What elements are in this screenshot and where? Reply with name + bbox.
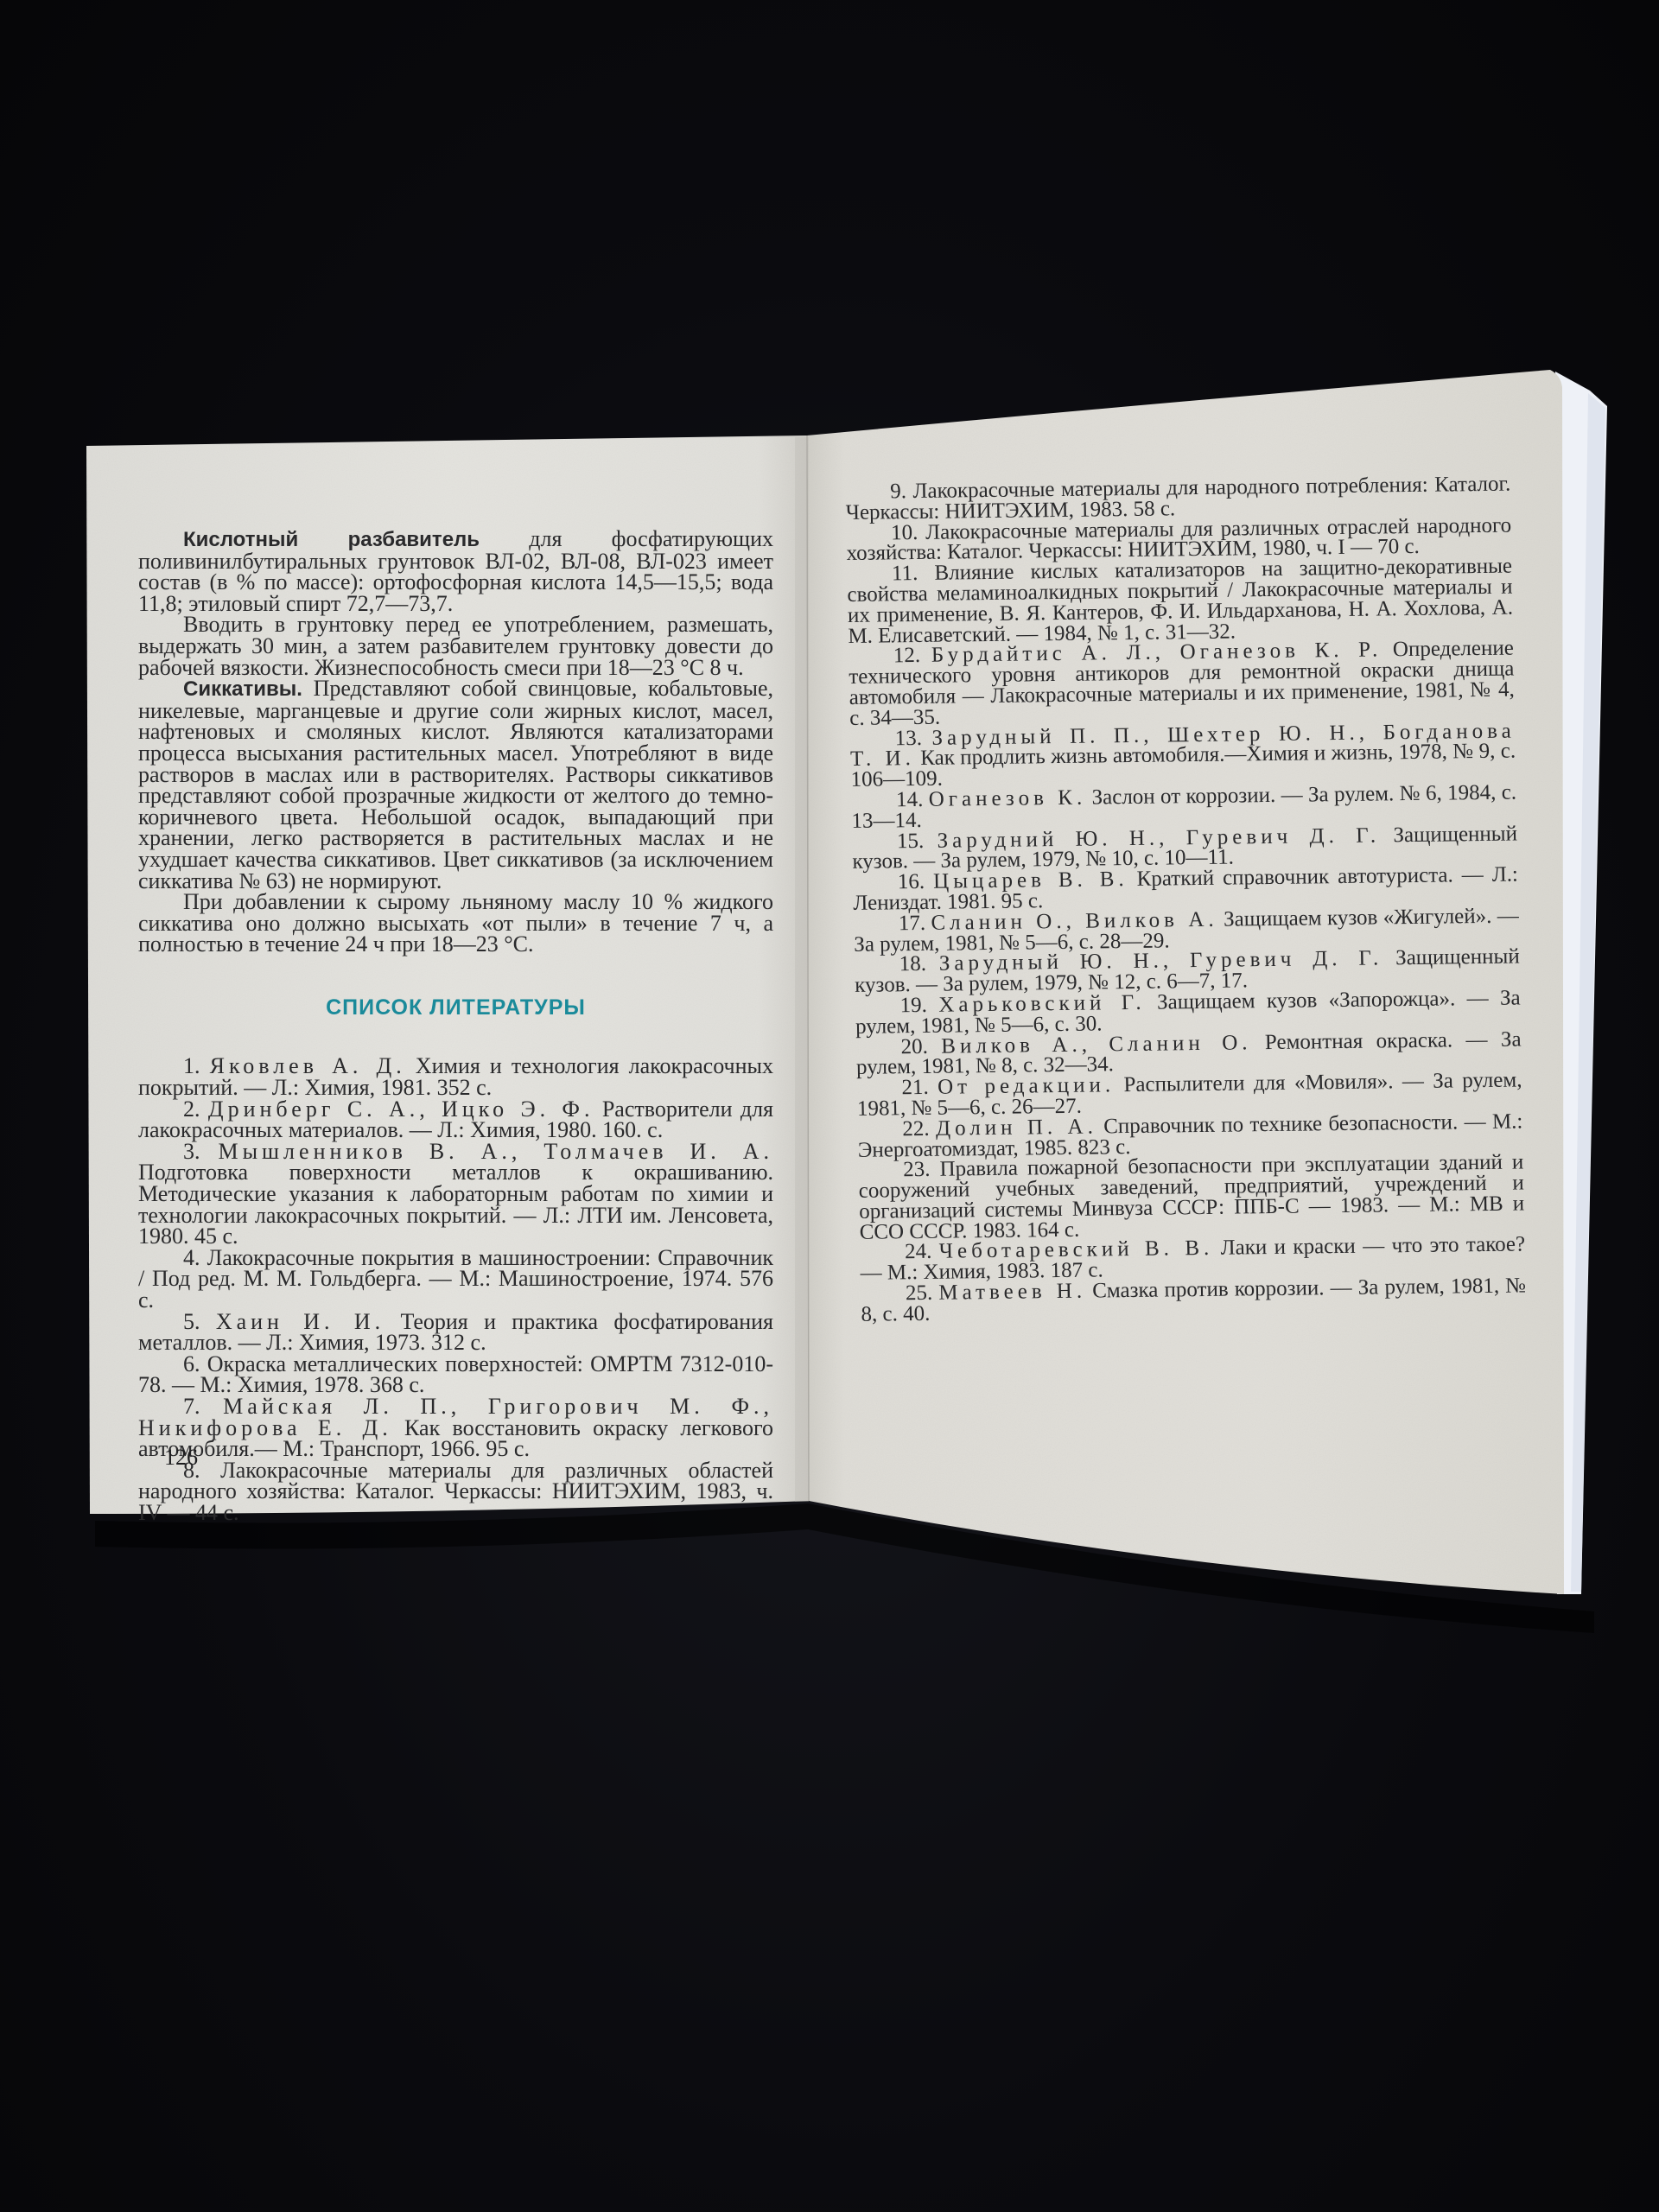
paragraph-usage: Вводить в грунтовку перед ее употреблени… — [138, 614, 773, 678]
open-book: Кислотный разбавитель для фосфатирующих … — [0, 0, 1659, 2212]
reference-item: 13. Зарудный П. П., Шехтер Ю. Н., Богдан… — [849, 721, 1516, 791]
reference-item: 23. Правила пожарной безопасности при эк… — [858, 1153, 1525, 1243]
reference-item: 3. Мышленников В. А., Толмачев И. А. Под… — [138, 1141, 773, 1248]
reference-item: 2. Дринберг С. А., Ицко Э. Ф. Растворите… — [138, 1099, 773, 1141]
reference-item: 5. Хаин И. И. Теория и практика фосфатир… — [138, 1312, 773, 1354]
paragraph-acid-thinner: Кислотный разбавитель для фосфатирующих … — [138, 529, 773, 614]
bibliography-heading: СПИСОК ЛИТЕРАТУРЫ — [138, 997, 773, 1019]
reference-item: 12. Бурдайтис А. Л., Оганезов К. Р. Опре… — [849, 639, 1516, 729]
left-page-text: Кислотный разбавитель для фосфатирующих … — [138, 529, 773, 1524]
reference-item: 25. Матвеев Н. Смазка против коррозии. —… — [861, 1275, 1527, 1325]
reference-item: 6. Окраска металлических поверхностей: О… — [138, 1354, 773, 1396]
reference-item: 7. Майская Л. П., Григорович М. Ф., Ники… — [138, 1396, 773, 1460]
reference-item: 4. Лакокрасочные покрытия в машиностроен… — [138, 1248, 773, 1312]
paragraph-siccatives: Сиккативы. Представляют собой свинцовые,… — [138, 678, 773, 892]
reference-list-left: 1. Яковлев А. Д. Химия и технология лако… — [138, 1056, 773, 1523]
reference-list-right: 9. Лакокрасочные материалы для народного… — [845, 474, 1527, 1325]
reference-item: 8. Лакокрасочные материалы для различных… — [138, 1460, 773, 1524]
right-page-text: 9. Лакокрасочные материалы для народного… — [845, 474, 1527, 1325]
reference-item: 1. Яковлев А. Д. Химия и технология лако… — [138, 1056, 773, 1098]
page-number: 126 — [164, 1445, 198, 1471]
reference-item: 11. Влияние кислых катализаторов на защи… — [847, 556, 1514, 647]
paragraph-drying: При добавлении к сырому льняному маслу 1… — [138, 892, 773, 956]
